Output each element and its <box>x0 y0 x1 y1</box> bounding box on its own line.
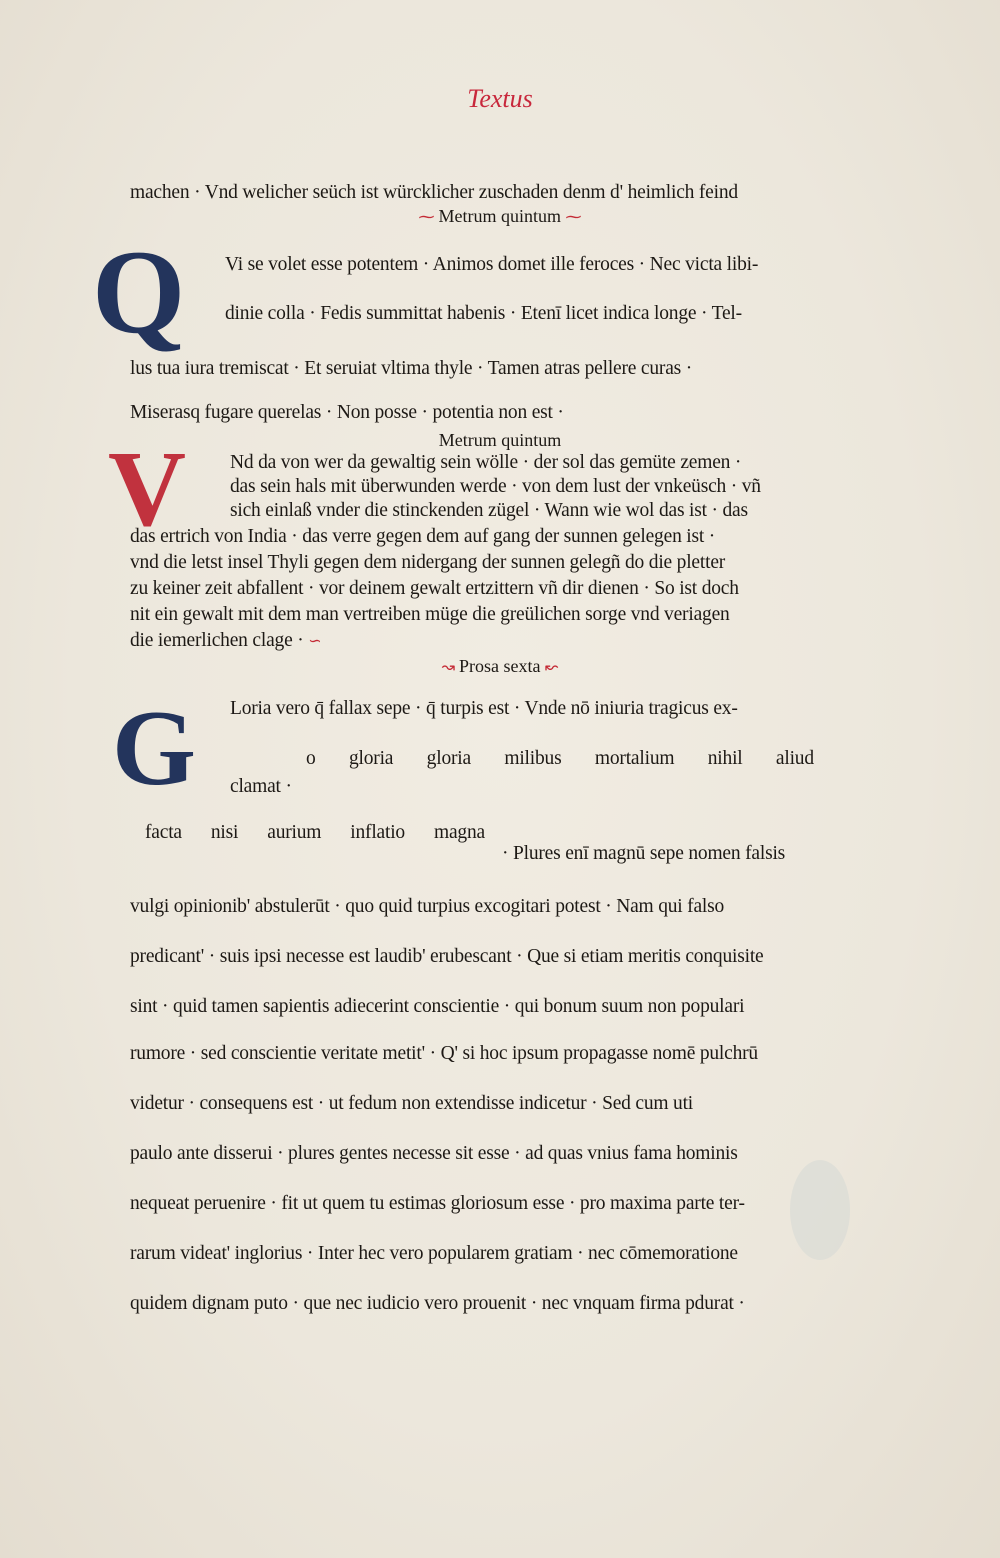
text-line-end: die iemerlichen clage · <box>130 630 304 651</box>
flourish-icon: ∽ <box>308 633 321 650</box>
text-line: sich einlaß vnder die stinckenden zügel … <box>230 500 748 522</box>
text-line: machen · Vnd welicher seüch ist würcklic… <box>130 182 738 204</box>
text-line: clamat · <box>230 776 292 798</box>
text-line: die iemerlichen clage · ∽ <box>130 630 321 652</box>
text-line: rarum videat' inglorius · Inter hec vero… <box>130 1243 738 1265</box>
quote-word: aliud <box>776 748 814 770</box>
section-title-prosa: ↝ Prosa sexta ↜ <box>0 656 1000 677</box>
quote-line: facta nisi aurium inflatio magna <box>145 822 485 844</box>
quote-word: nisi <box>211 822 238 844</box>
quote-word: milibus <box>504 748 561 770</box>
quote-word: gloria <box>349 748 393 770</box>
section-title-metrum-1: ⁓ Metrum quintum ⁓ <box>0 206 1000 227</box>
quote-word: nihil <box>708 748 743 770</box>
text-line: paulo ante disserui · plures gentes nece… <box>130 1143 738 1165</box>
text-line: nit ein gewalt mit dem man vertreiben mü… <box>130 604 730 626</box>
quote-word: aurium <box>267 822 321 844</box>
text-line: Nd da von wer da gewaltig sein wölle · d… <box>230 452 741 474</box>
text-line: sint · quid tamen sapientis adiecerint c… <box>130 996 744 1018</box>
flourish-icon: ↝ <box>442 659 459 676</box>
flourish-icon: ⁓ <box>419 209 439 226</box>
manuscript-page: Textus machen · Vnd welicher seüch ist w… <box>0 0 1000 1558</box>
decorated-initial-g: G <box>112 695 196 803</box>
flourish-icon: ↜ <box>545 659 558 676</box>
quote-word: mortalium <box>595 748 674 770</box>
text-line: nequeat peruenire · fit ut quem tu estim… <box>130 1193 745 1215</box>
quote-word: gloria <box>427 748 471 770</box>
text-line: videtur · consequens est · ut fedum non … <box>130 1093 693 1115</box>
text-line: das ertrich von India · das verre gegen … <box>130 526 715 548</box>
text-line: dinie colla · Fedis summittat habenis · … <box>225 303 742 325</box>
text-line: das sein hals mit überwunden werde · von… <box>230 476 761 498</box>
text-line: lus tua iura tremiscat · Et seruiat vlti… <box>130 358 692 380</box>
quote-word: o <box>306 748 316 770</box>
quote-word: facta <box>145 822 182 844</box>
quote-line: o gloria gloria milibus mortalium nihil … <box>306 748 814 770</box>
quote-word: inflatio <box>350 822 405 844</box>
text-line: Miserasq fugare querelas · Non posse · p… <box>130 402 564 424</box>
decorated-initial-q: Q <box>92 232 185 352</box>
text-line: zu keiner zeit abfallent · vor deinem ge… <box>130 578 739 600</box>
flourish-icon: ⁓ <box>566 209 582 226</box>
text-line: vulgi opinionib' abstulerūt · quo quid t… <box>130 896 724 918</box>
text-line: Vi se volet esse potentem · Animos domet… <box>225 254 758 276</box>
paper-stain <box>790 1160 850 1260</box>
text-line: rumore · sed conscientie veritate metit'… <box>130 1043 758 1065</box>
section-title-text: Metrum quintum <box>439 206 562 226</box>
text-line: · Plures enī magnū sepe nomen falsis <box>502 843 785 865</box>
text-line: Loria vero q̄ fallax sepe · q̄ turpis es… <box>230 698 738 720</box>
quote-word: magna <box>434 822 485 844</box>
text-line: vnd die letst insel Thyli gegen dem nide… <box>130 552 725 574</box>
text-line: quidem dignam puto · que nec iudicio ver… <box>130 1293 745 1315</box>
section-title-text: Prosa sexta <box>459 656 540 676</box>
running-head: Textus <box>0 84 1000 114</box>
text-line: predicant' · suis ipsi necesse est laudi… <box>130 946 764 968</box>
